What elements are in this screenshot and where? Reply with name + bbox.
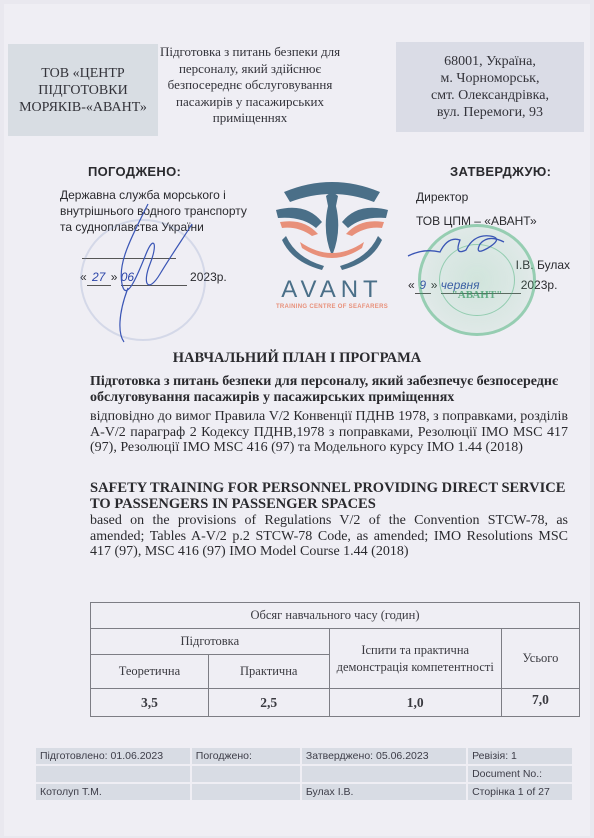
footer-agreed: Погоджено: xyxy=(192,748,300,764)
hours-caption: Обсяг навчального часу (годин) xyxy=(91,603,580,629)
training-hours-table: Обсяг навчального часу (годин) Підготовк… xyxy=(90,602,580,717)
footer-empty xyxy=(302,766,466,782)
header-total: Усього xyxy=(501,629,579,689)
subtitle-ua: Підготовка з питань безпеки для персонал… xyxy=(90,374,568,405)
address-line: 68001, Україна, xyxy=(431,53,549,70)
basis-ua: відповідно до вимог Правила V/2 Конвенці… xyxy=(90,409,568,456)
page-title: НАВЧАЛЬНИЙ ПЛАН І ПРОГРАМА xyxy=(4,350,590,367)
footer-empty xyxy=(36,766,190,782)
footer-empty xyxy=(192,766,300,782)
value-total: 7,0 xyxy=(501,689,579,717)
header-theory: Теоретична xyxy=(91,655,209,689)
course-title-line: Підготовка з питань безпеки для xyxy=(150,44,350,61)
avant-logo: AVANT TRAINING CENTRE OF SEAFARERS xyxy=(266,172,398,304)
header-exams: Іспити та практична демонстрація компете… xyxy=(329,629,501,689)
footer-approved: Затверджено: 05.06.2023 xyxy=(302,748,466,764)
org-name-line: ПІДГОТОВКИ xyxy=(19,82,147,99)
footer-empty xyxy=(192,784,300,800)
course-title-line: приміщеннях xyxy=(150,110,350,127)
footer-prepared: Підготовлено: 01.06.2023 xyxy=(36,748,190,764)
footer-page-number: Сторінка 1 of 27 xyxy=(468,784,572,800)
address-cell: 68001, Україна, м. Чорноморськ, смт. Оле… xyxy=(396,42,584,132)
footer-approved-by: Булах І.В. xyxy=(302,784,466,800)
address-line: смт. Олександрівка, xyxy=(431,87,549,104)
title-en: SAFETY TRAINING FOR PERSONNEL PROVIDING … xyxy=(90,480,568,512)
org-name-line: ТОВ «ЦЕНТР xyxy=(19,65,147,82)
approved-heading: ЗАТВЕРДЖУЮ: xyxy=(416,164,586,180)
agreed-heading: ПОГОДЖЕНО: xyxy=(60,164,270,180)
basis-en: based on the provisions of Regulations V… xyxy=(90,513,568,560)
signature-right xyxy=(404,226,514,266)
course-title-line: пасажирів у пасажирських xyxy=(150,94,350,111)
approver-position: Директор xyxy=(416,189,586,205)
footer-document-no: Document No.: xyxy=(468,766,572,782)
header-practice: Практична xyxy=(208,655,329,689)
course-title-line: персоналу, який здійснює xyxy=(150,61,350,78)
logo-wordmark: AVANT xyxy=(266,279,398,301)
footer-prepared-by: Котолуп Т.М. xyxy=(36,784,190,800)
org-name-cell: ТОВ «ЦЕНТР ПІДГОТОВКИ МОРЯКІВ-«АВАНТ» xyxy=(8,44,158,136)
address-line: м. Чорноморськ, xyxy=(431,70,549,87)
document-page: ТОВ «ЦЕНТР ПІДГОТОВКИ МОРЯКІВ-«АВАНТ» Пі… xyxy=(4,4,590,836)
value-exams: 1,0 xyxy=(329,689,501,717)
course-title-header: Підготовка з питань безпеки для персонал… xyxy=(150,44,350,134)
header-training: Підготовка xyxy=(91,629,330,655)
document-footer-table: Підготовлено: 01.06.2023 Погоджено: Затв… xyxy=(34,746,574,802)
value-theory: 3,5 xyxy=(91,689,209,717)
logo-tagline: TRAINING CENTRE OF SEAFARERS xyxy=(266,304,398,310)
org-name-line: МОРЯКІВ-«АВАНТ» xyxy=(19,99,147,116)
address-line: вул. Перемоги, 93 xyxy=(431,104,549,121)
footer-revision: Ревізія: 1 xyxy=(468,748,572,764)
value-practice: 2,5 xyxy=(208,689,329,717)
eagle-emblem-icon xyxy=(266,172,398,272)
course-title-line: безпосереднє обслуговування xyxy=(150,77,350,94)
stamp-text: "АВАНТ" xyxy=(452,289,503,301)
signature-left xyxy=(88,184,208,344)
